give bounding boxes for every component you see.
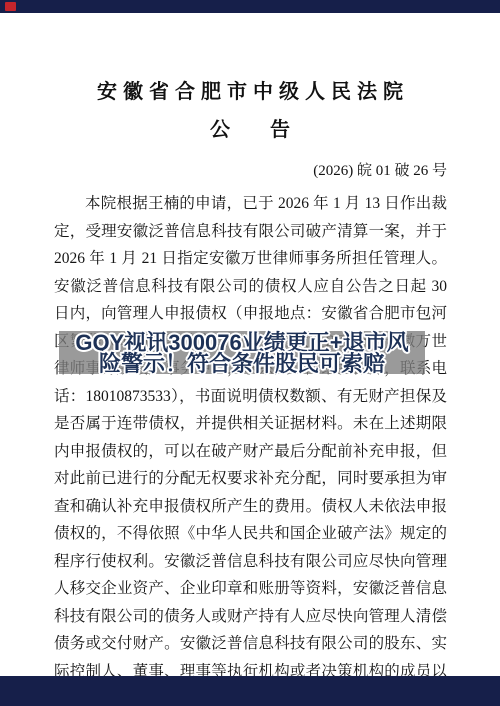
- announcement-body-text: 本院根据王楠的申请，已于 2026 年 1 月 13 日作出裁定，受理安徽泛普信…: [54, 190, 447, 706]
- screenshot-root: 安徽省合肥市中级人民法院 公 告 (2026) 皖 01 破 26 号 本院根据…: [0, 0, 500, 706]
- court-name-title: 安徽省合肥市中级人民法院: [0, 75, 500, 104]
- top-chrome-bar: [0, 0, 500, 13]
- court-announcement-document: 安徽省合肥市中级人民法院 公 告 (2026) 皖 01 破 26 号 本院根据…: [0, 13, 500, 706]
- case-number: (2026) 皖 01 破 26 号: [0, 159, 500, 180]
- red-corner-mark-icon: [5, 2, 16, 11]
- document-type-heading: 公 告: [0, 113, 500, 142]
- bottom-chrome-bar: [0, 676, 500, 706]
